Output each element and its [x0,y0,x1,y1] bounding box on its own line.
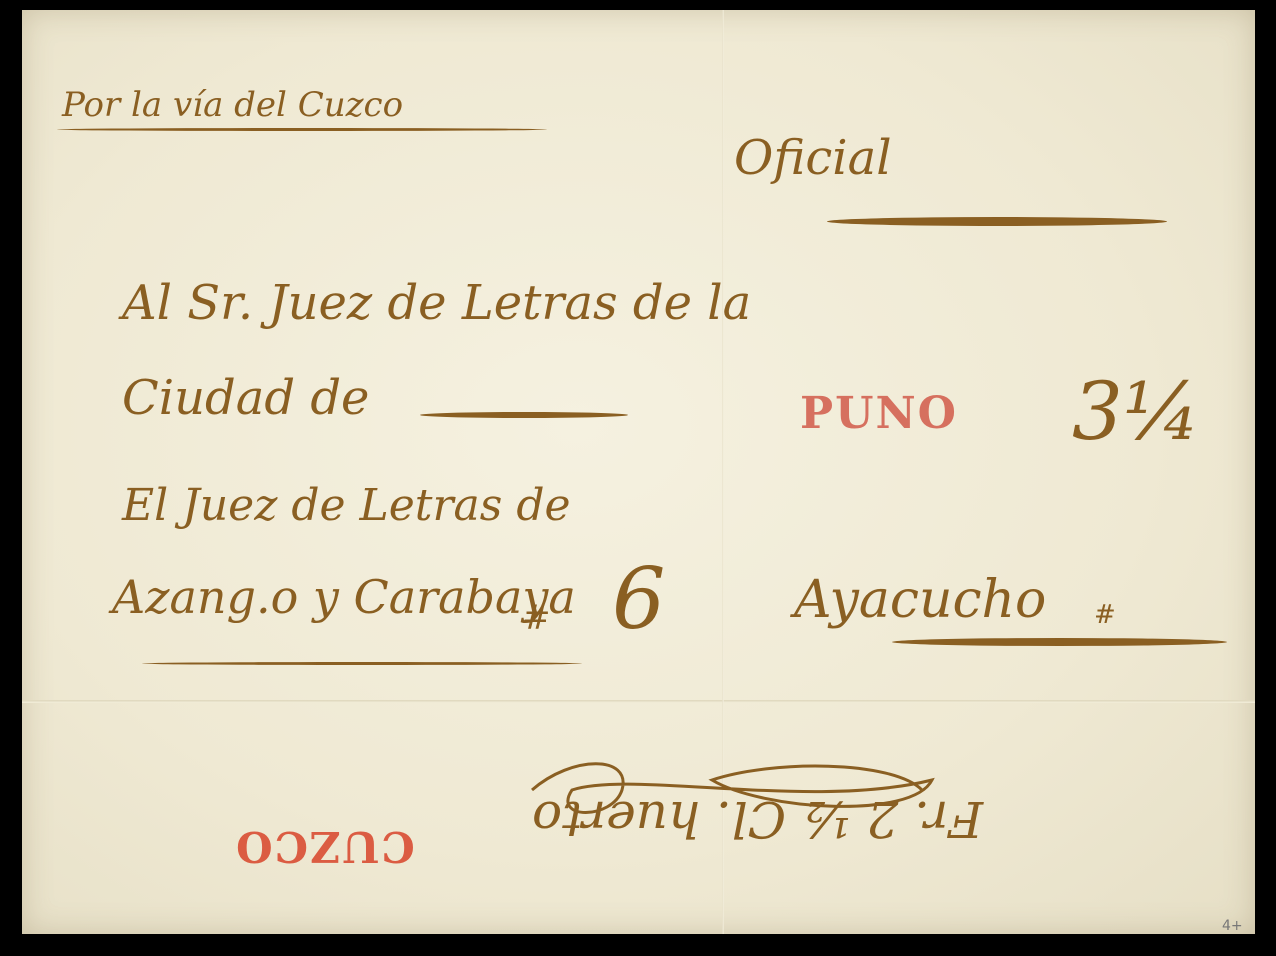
service-marking: Oficial [734,130,892,186]
rate-marking: 3¼ [1072,365,1200,458]
sender-mark: # [522,598,551,638]
cuzco-postmark: CUZCO [234,822,415,871]
destination-mark: # [1094,600,1116,630]
sender-line-1: El Juez de Letras de [122,480,571,531]
destination-flourish [892,638,1227,646]
official-flourish [827,217,1167,226]
inverted-endorsement: Fr. 2 ½ Cl. huerto [532,790,983,848]
letter-sheet: Por la vía del Cuzco Oficial Al Sr. Juez… [22,10,1255,934]
route-endorsement: Por la vía del Cuzco [62,85,403,125]
puno-postmark: PUNO [800,388,958,439]
horizontal-fold [22,700,1255,703]
route-underline [57,128,547,131]
pencil-note: 4+ [1222,918,1243,934]
sender-line-2: Azang.o y Carabaya [112,570,576,624]
sender-underline [142,662,582,665]
address-line-1: Al Sr. Juez de Letras de la [122,275,751,331]
destination: Ayacucho [794,570,1046,630]
address-line-2: Ciudad de [122,370,369,426]
sender-rate: 6 [612,550,665,648]
address-dash [420,412,628,418]
